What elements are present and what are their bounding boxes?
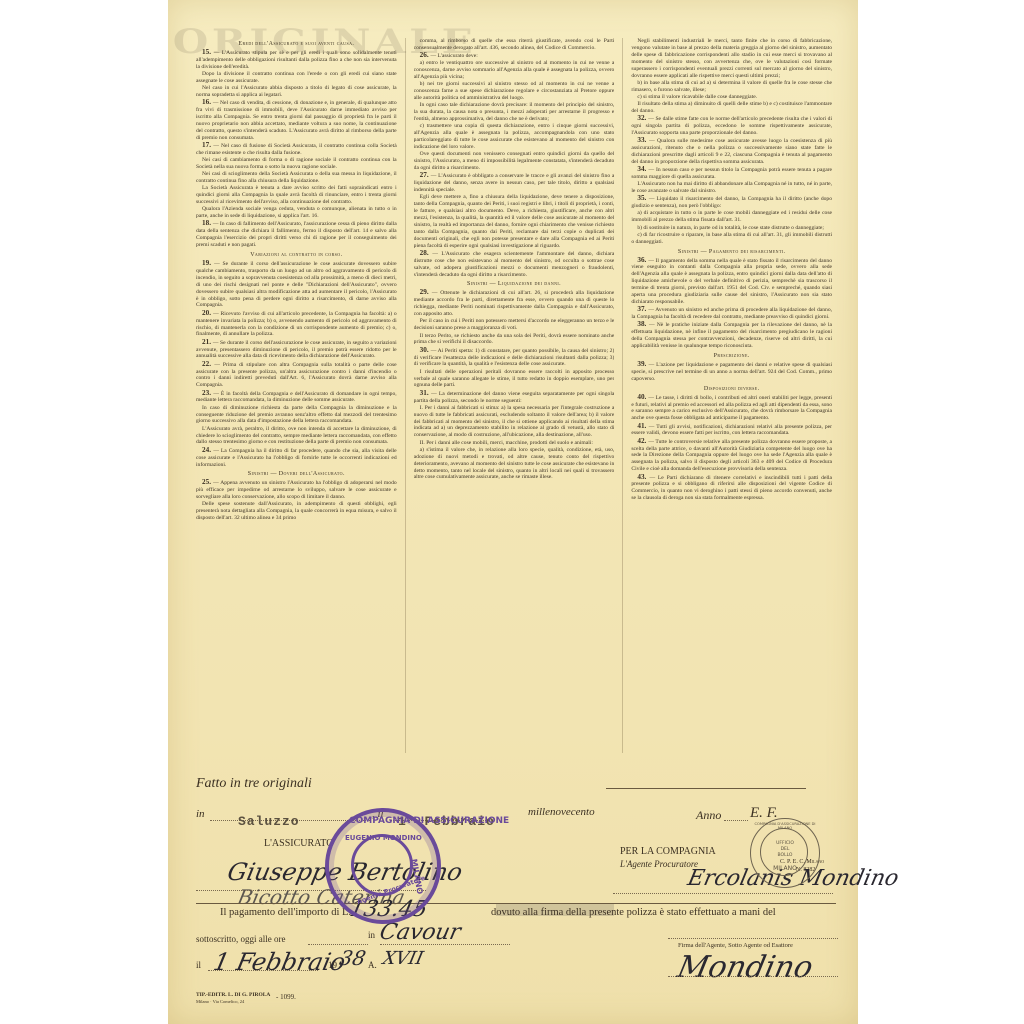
millennium-label: millenovecento bbox=[528, 806, 595, 818]
in-label: in bbox=[196, 808, 205, 820]
paragraph-text: c) di far ricostruire o riparare, in bas… bbox=[631, 232, 832, 245]
paragraph: In caso di diminuzione richiesta da part… bbox=[196, 405, 397, 426]
paragraph-text: — Appena avvenuto un sinistro l'Assicura… bbox=[196, 480, 397, 500]
section-heading: Disposizioni diverse. bbox=[631, 386, 832, 392]
paragraph-text: — Nel caso di fusione di Società Assicur… bbox=[196, 143, 397, 156]
paragraph: Dopo la divisione il contratto continua … bbox=[196, 71, 397, 85]
place-handwritten: Cavour bbox=[377, 920, 463, 945]
paragraph-text: — Nel caso di vendita, di cessione, di d… bbox=[196, 100, 397, 141]
article-number: 31. bbox=[420, 389, 432, 397]
paragraph-text: — Se durante il corso dell'assicurazione… bbox=[196, 261, 397, 308]
paragraph: a) s'istima il valore che, in relazione … bbox=[414, 447, 615, 482]
separator-rule bbox=[606, 788, 806, 789]
article-paragraph: 36. — Il pagamento della somma nella qua… bbox=[631, 257, 832, 306]
paragraph-text: — L'Assicurato che esagera scientemente … bbox=[414, 251, 615, 278]
collector-line bbox=[668, 976, 838, 977]
paragraph-text: — Nè le pratiche iniziate dalla Compagni… bbox=[631, 322, 832, 349]
company-rubber-stamp: COMPAGNIA DI ASSICURAZIONE MILANO Agente… bbox=[325, 808, 441, 924]
article-paragraph: 29. — Ottenute le dichiarazioni di cui a… bbox=[414, 289, 615, 318]
article-number: 38. bbox=[637, 320, 649, 328]
paragraph-text: b) nei tre giorni successivi al sinistro… bbox=[414, 81, 615, 101]
collector-signature: Mondino bbox=[674, 950, 816, 985]
section-heading: Sinistri — Liquidazione dei danni. bbox=[414, 281, 615, 287]
article-paragraph: 23. — È in facoltà della Compagnia e del… bbox=[196, 390, 397, 405]
paragraph-text: — L'Assicurato è obbligato a conservare … bbox=[414, 173, 615, 193]
printer-line-2: Milano · Via Comelico, 24 bbox=[196, 999, 244, 1004]
paragraph-text: La Società Assicurata è tenuta a dare av… bbox=[196, 185, 397, 205]
article-number: 39. bbox=[637, 360, 648, 368]
paragraph-text: c) si stima il valore ricavabile dalle c… bbox=[637, 94, 757, 100]
made-in-triplicate: Fatto in tre originali bbox=[196, 776, 312, 792]
article-number: 20. bbox=[202, 309, 213, 317]
paragraph-text: Ove questi documenti non venissero conse… bbox=[414, 151, 615, 171]
paragraph-text: In caso di diminuzione richiesta da part… bbox=[196, 405, 397, 425]
il-label-2: il bbox=[196, 960, 201, 970]
article-number: 34. bbox=[637, 165, 648, 173]
paragraph-text: Nei casi di cambiamento di forma o di ra… bbox=[196, 157, 397, 170]
article-paragraph: 39. — L'azione per liquidazione e pagame… bbox=[631, 361, 832, 383]
era-prefix: A. bbox=[368, 960, 377, 970]
paragraph-text: — Qualora sulle medesime cose assicurate… bbox=[631, 138, 832, 165]
paragraph: Il risultato della stima a) diminuito di… bbox=[631, 101, 832, 115]
paragraph: Delle spese sostenute dall'Assicurato, i… bbox=[196, 501, 397, 522]
paragraph-text: I risultati delle operazioni peritali do… bbox=[414, 369, 615, 389]
stamp-outer-text: COMPAGNIA DI ASSICURAZIONE bbox=[349, 816, 509, 826]
paragraph: L'Assicurato non ha mai diritto di abban… bbox=[631, 181, 832, 195]
article-paragraph: 37. — Avvenuto un sinistro ed anche prim… bbox=[631, 306, 832, 321]
paragraph: a) di acquistare in tutto o in parte le … bbox=[631, 210, 832, 224]
company-label: PER LA COMPAGNIA bbox=[620, 846, 716, 857]
paragraph: c) trasmettere una copia di questa dichi… bbox=[414, 123, 615, 151]
paragraph: Egli deve mettere a, fino a chiusura del… bbox=[414, 194, 615, 249]
article-number: 35. bbox=[637, 194, 648, 202]
paragraph: comma, al rimborso di quelle che essa ri… bbox=[414, 38, 615, 52]
article-paragraph: 22. — Prima di stipulare con altra Compa… bbox=[196, 361, 397, 390]
paragraph-text: Il terzo Perito, se richiesto anche da u… bbox=[414, 333, 615, 346]
paragraph: II. Per i danni alle cose mobili, merci,… bbox=[414, 440, 615, 447]
paragraph-text: a) di acquistare in tutto o in parte le … bbox=[631, 210, 832, 223]
article-number: 16. bbox=[202, 98, 213, 106]
paragraph: a) entro le ventiquattro ore successive … bbox=[414, 60, 615, 81]
paragraph-text: — Le Parti dichiarano di ritenere correl… bbox=[631, 475, 832, 502]
agent-signature-line bbox=[613, 893, 833, 894]
paragraph: I. Per i danni ai fabbricati si stima: a… bbox=[414, 405, 615, 440]
text-column-left: Eredi dell'Assicurato e suoi aventi caus… bbox=[196, 38, 397, 753]
era-handwritten: XVII bbox=[381, 948, 426, 969]
anno-line bbox=[724, 820, 748, 821]
article-paragraph: 30. — Ai Periti spetta: 1) di constatare… bbox=[414, 347, 615, 369]
paragraph-text: — Ottenute le dichiarazioni di cui all'a… bbox=[414, 290, 615, 317]
insured-label: L'ASSICURATO bbox=[264, 838, 333, 849]
article-paragraph: 42. — Tutte le controversie relative all… bbox=[631, 438, 832, 474]
paragraph: Qualora l'Azienda sociale venga ceduta, … bbox=[196, 206, 397, 220]
article-paragraph: 20. — Ricevuto l'avviso di cui all'artic… bbox=[196, 310, 397, 339]
section-heading: Eredi dell'Assicurato e suoi aventi caus… bbox=[196, 41, 397, 47]
article-paragraph: 15. — L'Assicurato stipula per sè e per … bbox=[196, 49, 397, 71]
paragraph: b) di sostituire in natura, in parte od … bbox=[631, 225, 832, 232]
article-paragraph: 43. — Le Parti dichiarano di ritenere co… bbox=[631, 474, 832, 503]
collector-label: Firma dell'Agente, Sotto Agente od Esatt… bbox=[678, 942, 793, 949]
paragraph: L'Assicurato avrà, peraltro, il diritto,… bbox=[196, 426, 397, 447]
article-paragraph: 41. — Tutti gli avvisi, notificazioni, d… bbox=[631, 423, 832, 438]
article-number: 36. bbox=[637, 256, 648, 264]
article-number: 32. bbox=[637, 114, 648, 122]
article-number: 17. bbox=[202, 141, 213, 149]
article-paragraph: 26. — L'assicurato deve: bbox=[414, 52, 615, 60]
form-number: - 1099. bbox=[276, 993, 296, 1001]
paragraph-text: comma, al rimborso di quelle che essa ri… bbox=[414, 38, 615, 51]
collector-line-top bbox=[668, 938, 838, 939]
article-paragraph: 16. — Nel caso di vendita, di cessione, … bbox=[196, 99, 397, 141]
section-heading: Prescrizione. bbox=[631, 353, 832, 359]
paragraph-text: c) trasmettere una copia di questa dichi… bbox=[414, 123, 615, 150]
column-divider bbox=[622, 38, 623, 753]
paragraph-text: — Le tasse, i diritti di bollo, i contri… bbox=[631, 395, 832, 422]
paragraph-text: Nel caso in cui l'Assicurato abbia dispo… bbox=[196, 85, 397, 98]
paragraph-text: L'Assicurato non ha mai diritto di abban… bbox=[631, 181, 832, 194]
section-heading: Variazioni al contratto in corso. bbox=[196, 252, 397, 258]
paragraph-text: b) in base alla stima di cui ad a) si de… bbox=[631, 80, 832, 93]
payment-suffix: dovuto alla firma della presente polizza… bbox=[491, 907, 776, 918]
paragraph-text: L'Assicurato avrà, peraltro, il diritto,… bbox=[196, 426, 397, 446]
article-number: 40. bbox=[637, 393, 648, 401]
agent-label: L'Agente Procuratore bbox=[620, 859, 698, 869]
paragraph: In ogni caso tale dichiarazione dovrà pr… bbox=[414, 102, 615, 123]
paragraph-text: — In caso di fallimento dell'Assicurato,… bbox=[196, 221, 397, 248]
year-handwritten: 38 bbox=[337, 946, 368, 970]
article-number: 19. bbox=[202, 259, 214, 267]
revenue-stamp-top: COMPAGNIA D'ASSICURAZIONE DI MILANO bbox=[751, 822, 819, 830]
article-number: 26. bbox=[420, 51, 431, 59]
paragraph-text: Il risultato della stima a) diminuito di… bbox=[631, 101, 832, 114]
revenue-stamp-bottom: MILANO bbox=[751, 865, 819, 872]
paragraph: Ove questi documenti non venissero conse… bbox=[414, 151, 615, 172]
paragraph-text: b) di sostituire in natura, in parte od … bbox=[637, 225, 824, 231]
revenue-stamp-line-2: DEL bbox=[751, 847, 819, 852]
text-column-right: Negli stabilimenti industriali le merci,… bbox=[631, 38, 832, 753]
paragraph-text: II. Per i danni alle cose mobili, merci,… bbox=[420, 440, 593, 446]
article-number: 42. bbox=[637, 437, 648, 445]
paragraph-text: — Liquidato il risarcimento del danno, l… bbox=[631, 196, 832, 209]
policy-conditions-text: Eredi dell'Assicurato e suoi aventi caus… bbox=[196, 38, 832, 753]
article-paragraph: 38. — Nè le pratiche iniziate dalla Comp… bbox=[631, 321, 832, 350]
paragraph-text: — Tutte le controversie relative alla pr… bbox=[631, 439, 832, 473]
paragraph: b) nei tre giorni successivi al sinistro… bbox=[414, 81, 615, 102]
paragraph-text: Nei casi di scioglimento della Società A… bbox=[196, 171, 397, 184]
revenue-stamp: COMPAGNIA D'ASSICURAZIONE DI MILANO UFFI… bbox=[750, 818, 820, 888]
printer-line-1: TIP.-EDITR. L. DI G. PIROLA bbox=[196, 992, 270, 998]
paragraph-text: — L'azione per liquidazione e pagamento … bbox=[631, 362, 832, 382]
place-field: Saluzzo bbox=[238, 814, 300, 829]
article-number: 30. bbox=[420, 346, 431, 354]
paragraph-text: a) s'istima il valore che, in relazione … bbox=[414, 447, 615, 481]
paragraph-text: — Se durante il corso dell'assicurazione… bbox=[196, 340, 397, 360]
paragraph-text: Egli deve mettere a, fino a chiusura del… bbox=[414, 194, 615, 248]
article-paragraph: 34. — In nessun caso e per nessun titolo… bbox=[631, 166, 832, 181]
article-number: 25. bbox=[202, 478, 213, 486]
paragraph-text: — Se dalle stime fatte con le norme dell… bbox=[631, 116, 832, 136]
article-paragraph: 33. — Qualora sulle medesime cose assicu… bbox=[631, 137, 832, 166]
article-paragraph: 25. — Appena avvenuto un sinistro l'Assi… bbox=[196, 479, 397, 501]
text-column-middle: comma, al rimborso di quelle che essa ri… bbox=[414, 38, 615, 753]
article-number: 27. bbox=[420, 171, 431, 179]
paragraph-text: — Il pagamento della somma nella quale è… bbox=[631, 258, 832, 305]
article-number: 33. bbox=[637, 136, 649, 144]
paragraph-text: Dopo la divisione il contratto continua … bbox=[196, 71, 397, 84]
section-heading: Sinistri — Pagamento dei risarcimenti. bbox=[631, 249, 832, 255]
paragraph-text: a) entro le ventiquattro ore successive … bbox=[414, 60, 615, 80]
article-number: 21. bbox=[202, 338, 213, 346]
paragraph-text: — La determinazione del danno viene eseg… bbox=[414, 391, 615, 404]
paragraph-text: Delle spese sostenute dall'Assicurato, i… bbox=[196, 501, 397, 521]
article-paragraph: 19. — Se durante il corso dell'assicuraz… bbox=[196, 260, 397, 309]
paragraph-text: Qualora l'Azienda sociale venga ceduta, … bbox=[196, 206, 397, 219]
paragraph: c) si stima il valore ricavabile dalle c… bbox=[631, 94, 832, 101]
paragraph: Nei casi di cambiamento di forma o di ra… bbox=[196, 157, 397, 171]
paragraph: Negli stabilimenti industriali le merci,… bbox=[631, 38, 832, 79]
paragraph: La Società Assicurata è tenuta a dare av… bbox=[196, 185, 397, 206]
article-paragraph: 40. — Le tasse, i diritti di bollo, i co… bbox=[631, 394, 832, 423]
article-paragraph: 32. — Se dalle stime fatte con le norme … bbox=[631, 115, 832, 137]
article-number: 18. bbox=[202, 219, 213, 227]
article-number: 24. bbox=[202, 446, 213, 454]
anno-label: Anno bbox=[696, 808, 721, 823]
article-paragraph: 27. — L'Assicurato è obbligato a conserv… bbox=[414, 172, 615, 194]
paragraph: c) di far ricostruire o riparare, in bas… bbox=[631, 232, 832, 246]
paragraph-text: I. Per i danni ai fabbricati si stima: a… bbox=[414, 405, 615, 439]
article-number: 23. bbox=[202, 389, 213, 397]
paragraph-text: — Prima di stipulare con altra Compagnia… bbox=[196, 362, 397, 389]
article-paragraph: 31. — La determinazione del danno viene … bbox=[414, 390, 615, 405]
revenue-stamp-line-3: BOLLO bbox=[751, 853, 819, 858]
paragraph: Il terzo Perito, se richiesto anche da u… bbox=[414, 333, 615, 347]
article-paragraph: 28. — L'Assicurato che esagera scienteme… bbox=[414, 250, 615, 279]
article-paragraph: 17. — Nel caso di fusione di Società Ass… bbox=[196, 142, 397, 157]
paragraph: b) in base alla stima di cui ad a) si de… bbox=[631, 80, 832, 94]
paragraph-text: — Avvenuto un sinistro ed anche prima di… bbox=[631, 307, 832, 320]
column-divider bbox=[405, 38, 406, 753]
hour-line bbox=[308, 944, 368, 945]
article-number: 41. bbox=[637, 422, 648, 430]
year-prefix: 19 bbox=[328, 960, 337, 970]
article-number: 29. bbox=[420, 288, 432, 296]
paragraph-text: — L'Assicurato stipula per sè e per gli … bbox=[196, 50, 397, 70]
article-paragraph: 18. — In caso di fallimento dell'Assicur… bbox=[196, 220, 397, 249]
paragraph-text: — Ai Periti spetta: 1) di constatare, pe… bbox=[414, 348, 615, 368]
article-number: 43. bbox=[637, 473, 649, 481]
paragraph-text: — È in facoltà della Compagnia e dell'As… bbox=[196, 391, 397, 404]
in-label-2: in bbox=[368, 930, 375, 940]
paragraph-text: — La Compagnia ha il diritto di far proc… bbox=[196, 448, 397, 468]
paragraph-text: — Ricevuto l'avviso di cui all'articolo … bbox=[196, 311, 397, 338]
article-number: 37. bbox=[637, 305, 648, 313]
paragraph-text: In ogni caso tale dichiarazione dovrà pr… bbox=[414, 102, 615, 122]
article-number: 22. bbox=[202, 360, 214, 368]
paragraph: I risultati delle operazioni peritali do… bbox=[414, 369, 615, 390]
paragraph: Per il caso in cui i Periti non potesser… bbox=[414, 318, 615, 332]
paragraph-text: Per il caso in cui i Periti non potesser… bbox=[414, 318, 615, 331]
section-heading: Sinistri — Doveri dell'Assicurato. bbox=[196, 471, 397, 477]
article-number: 15. bbox=[202, 48, 214, 56]
paragraph-text: — In nessun caso e per nessun titolo la … bbox=[631, 167, 832, 180]
paragraph-text: — Tutti gli avvisi, notificazioni, dichi… bbox=[631, 424, 832, 437]
paragraph: Nel caso in cui l'Assicurato abbia dispo… bbox=[196, 85, 397, 99]
article-paragraph: 35. — Liquidato il risarcimento del dann… bbox=[631, 195, 832, 210]
date-line-2 bbox=[208, 970, 318, 971]
article-paragraph: 24. — La Compagnia ha il diritto di far … bbox=[196, 447, 397, 469]
undersigned-label: sottoscritto, oggi alle ore bbox=[196, 934, 285, 944]
article-number: 28. bbox=[420, 249, 433, 257]
stamp-center-text: EUGENIO MONDINO bbox=[345, 834, 422, 842]
paragraph-text: — L'assicurato deve: bbox=[430, 53, 477, 59]
revenue-stamp-line-1: UFFICIO bbox=[751, 841, 819, 846]
article-paragraph: 21. — Se durante il corso dell'assicuraz… bbox=[196, 339, 397, 361]
paragraph-text: Negli stabilimenti industriali le merci,… bbox=[631, 38, 832, 79]
place-line-2 bbox=[380, 944, 510, 945]
paragraph: Nei casi di scioglimento della Società A… bbox=[196, 171, 397, 185]
payment-prefix: Il pagamento dell'importo di L. bbox=[220, 907, 351, 918]
